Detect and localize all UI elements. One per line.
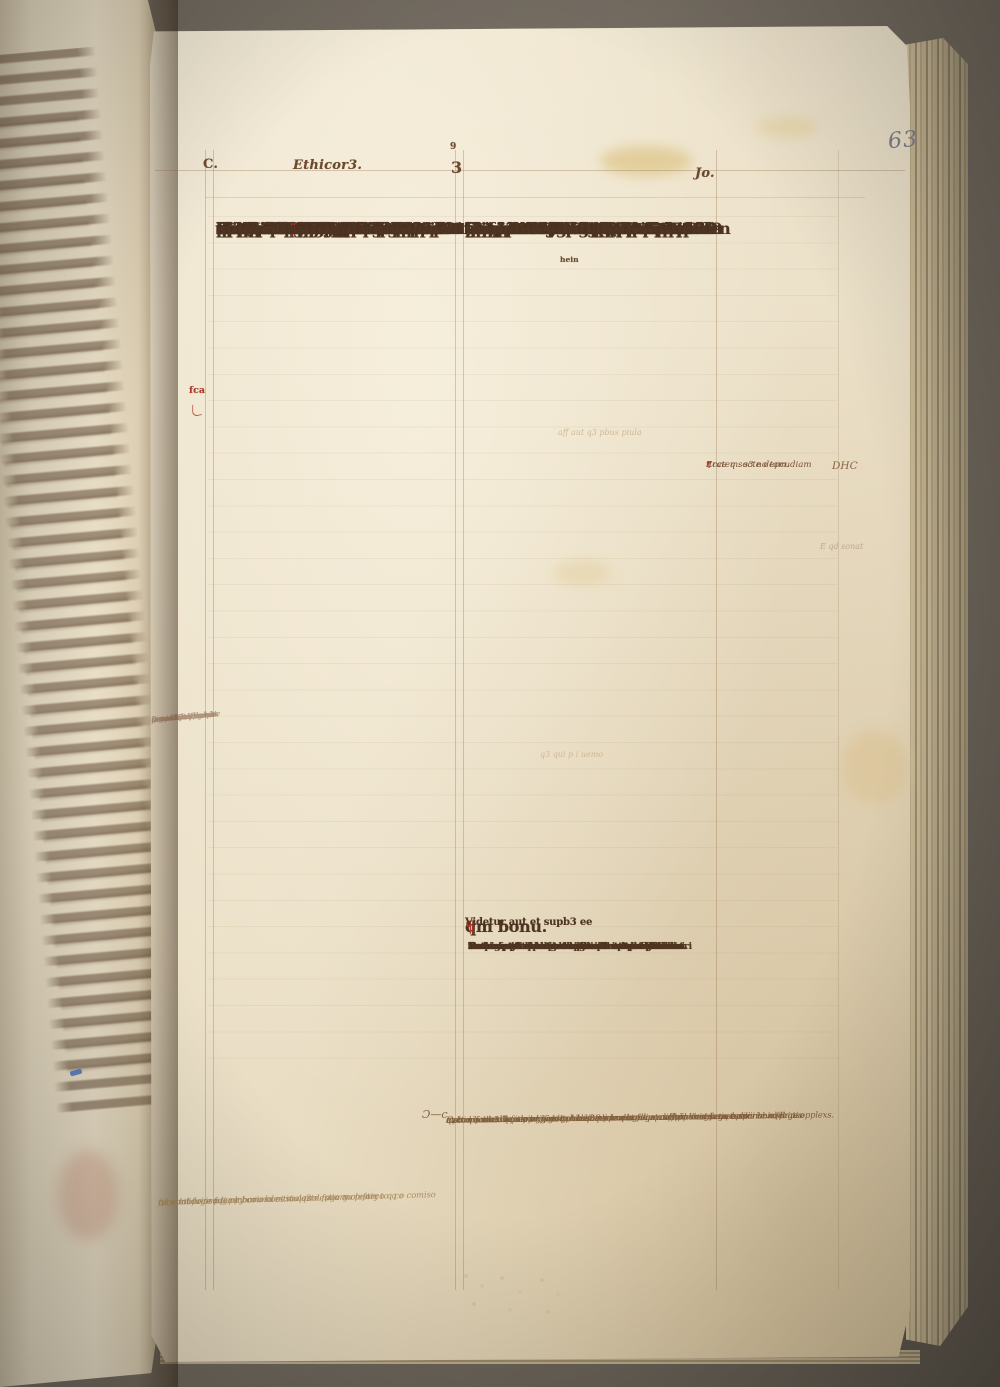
text-line: in mutius fug	[150, 701, 203, 734]
red-flourish-mark	[192, 403, 202, 417]
ruling-line	[205, 197, 865, 198]
parchment-stain	[842, 730, 908, 805]
right-margin-monogram: DHC	[832, 460, 858, 472]
red-margin-note: fca	[189, 385, 205, 396]
text-line: no ppt necitate forte ee. s3	[465, 216, 698, 242]
header-left-mark: C.	[203, 157, 218, 172]
text-line: inopia. qd abh uerto pexiit. i. labore d…	[468, 941, 687, 954]
running-title: Ethicor3.	[293, 158, 362, 173]
book-number: 3	[451, 158, 462, 177]
manuscript-photo: C. Ethicor3. 9 3 Jo. 63 eni: timet. fort…	[0, 0, 1000, 1387]
right-margin-faint-note: E qd sonat	[820, 542, 863, 551]
faint-interlinear-note: q3 qui p i uemo	[540, 750, 603, 759]
parchment-stain	[756, 116, 818, 138]
gloss-tie-mark: Ɔ—c	[422, 1108, 448, 1121]
folio-number: 63	[887, 127, 919, 155]
parchment-stain	[600, 146, 692, 176]
text-line: apud quos timidi inhonora	[216, 216, 446, 242]
fore-edge-page-stack	[906, 38, 968, 1346]
header-right-mark: Jo.	[695, 166, 715, 181]
ink-smudge	[58, 1150, 118, 1240]
ruling-line	[838, 150, 839, 1290]
break-line-small: Videtur aut et supb3 ee	[465, 917, 592, 928]
parchment-grain	[458, 1268, 578, 1328]
gutter-shadow	[138, 0, 178, 1387]
ruling-line	[155, 170, 905, 171]
text-line-ruling	[208, 216, 838, 1066]
book-number-superscript: 9	[450, 142, 456, 152]
faint-interlinear-note: aff aut q3 pbus piula	[558, 428, 642, 437]
interlinear-gloss: hein	[560, 255, 579, 264]
text-line: itratem. s3 no tam.	[706, 459, 789, 472]
